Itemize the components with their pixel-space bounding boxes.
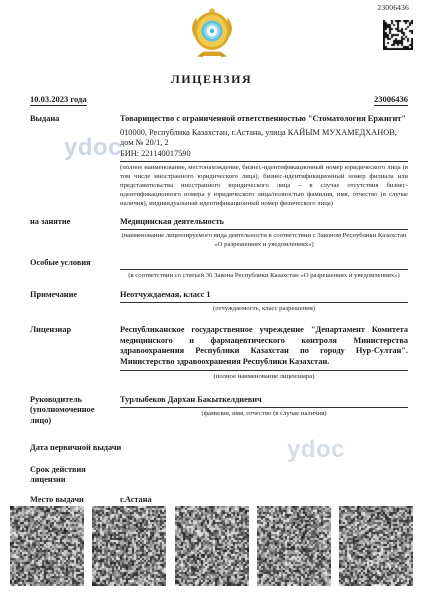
issued-address: 010000, Республика Казахстан, г.Астана, … xyxy=(120,128,408,149)
licensor-note: (полное наименование лицензиара) xyxy=(120,373,408,382)
barcode-block xyxy=(92,506,166,586)
head-label: Руководитель (уполномоченное лицо) xyxy=(30,395,120,427)
issued-organization: Товарищество с ограниченной ответственно… xyxy=(120,114,408,125)
document-body: 10.03.2023 года 23006436 Выдана Товарище… xyxy=(30,94,408,508)
activity-note: (наименование лицензируемого вида деятел… xyxy=(120,232,408,250)
place-label: Место выдачи xyxy=(30,495,120,506)
empty-value xyxy=(120,258,408,267)
document-number-top: 23006436 xyxy=(377,3,409,12)
barcode-strip xyxy=(10,506,413,586)
licensor-value: Республиканское государственное учрежден… xyxy=(120,325,408,367)
barcode-block xyxy=(175,506,249,586)
field-special-conditions: Особые условия (в соответствии со статье… xyxy=(30,258,408,281)
qr-code-icon xyxy=(383,20,413,50)
field-underline xyxy=(120,269,408,270)
field-activity: на занятие Медицинская деятельность (наи… xyxy=(30,217,408,250)
head-label-line2: (уполномоченное лицо) xyxy=(30,405,112,427)
field-first-issue: Дата первичной выдачи xyxy=(30,443,408,454)
field-validity: Срок действия лицензии xyxy=(30,465,408,487)
special-conditions-label: Особые условия xyxy=(30,258,120,269)
field-underline xyxy=(120,302,408,303)
license-document: 23006436 ЛИЦЕНЗИЯ 10.03.2023 года 230064… xyxy=(0,0,423,600)
remark-note: (отчуждаемость, класс разрешения) xyxy=(120,305,408,314)
issued-note: (полное наименование, местонахождение, б… xyxy=(120,164,408,208)
document-title: ЛИЦЕНЗИЯ xyxy=(0,72,423,87)
barcode-block xyxy=(257,506,331,586)
barcode-block xyxy=(339,506,413,586)
validity-label: Срок действия лицензии xyxy=(30,465,100,487)
activity-label: на занятие xyxy=(30,217,120,228)
kazakhstan-emblem-icon xyxy=(188,6,236,63)
field-underline xyxy=(120,370,408,371)
barcode-block xyxy=(10,506,84,586)
field-underline xyxy=(120,229,408,230)
remark-value: Неотчуждаемая, класс 1 xyxy=(120,290,408,301)
license-number: 23006436 xyxy=(374,94,408,106)
date-number-row: 10.03.2023 года 23006436 xyxy=(30,94,408,106)
head-value: Турлыбеков Дархан Бакыткелдиевич xyxy=(120,395,408,406)
first-issue-label: Дата первичной выдачи xyxy=(30,443,190,454)
field-underline xyxy=(120,161,408,162)
special-conditions-note: (в соответствии со статьей 36 Закона Рес… xyxy=(120,272,408,281)
issue-date: 10.03.2023 года xyxy=(30,94,87,106)
issued-bin: БИН: 221140017590 xyxy=(120,149,408,160)
field-licensor: Лицензиар Республиканское государственно… xyxy=(30,325,408,381)
field-underline xyxy=(120,407,408,408)
field-head: Руководитель (уполномоченное лицо) Турлы… xyxy=(30,395,408,427)
head-note: (фамилия, имя, отчество (в случае наличи… xyxy=(120,410,408,419)
issued-label: Выдана xyxy=(30,114,120,125)
activity-value: Медицинская деятельность xyxy=(120,217,408,228)
licensor-label: Лицензиар xyxy=(30,325,120,336)
head-label-line1: Руководитель xyxy=(30,395,112,406)
field-remark: Примечание Неотчуждаемая, класс 1 (отчуж… xyxy=(30,290,408,314)
field-issued: Выдана Товарищество с ограниченной ответ… xyxy=(30,114,408,209)
remark-label: Примечание xyxy=(30,290,120,301)
